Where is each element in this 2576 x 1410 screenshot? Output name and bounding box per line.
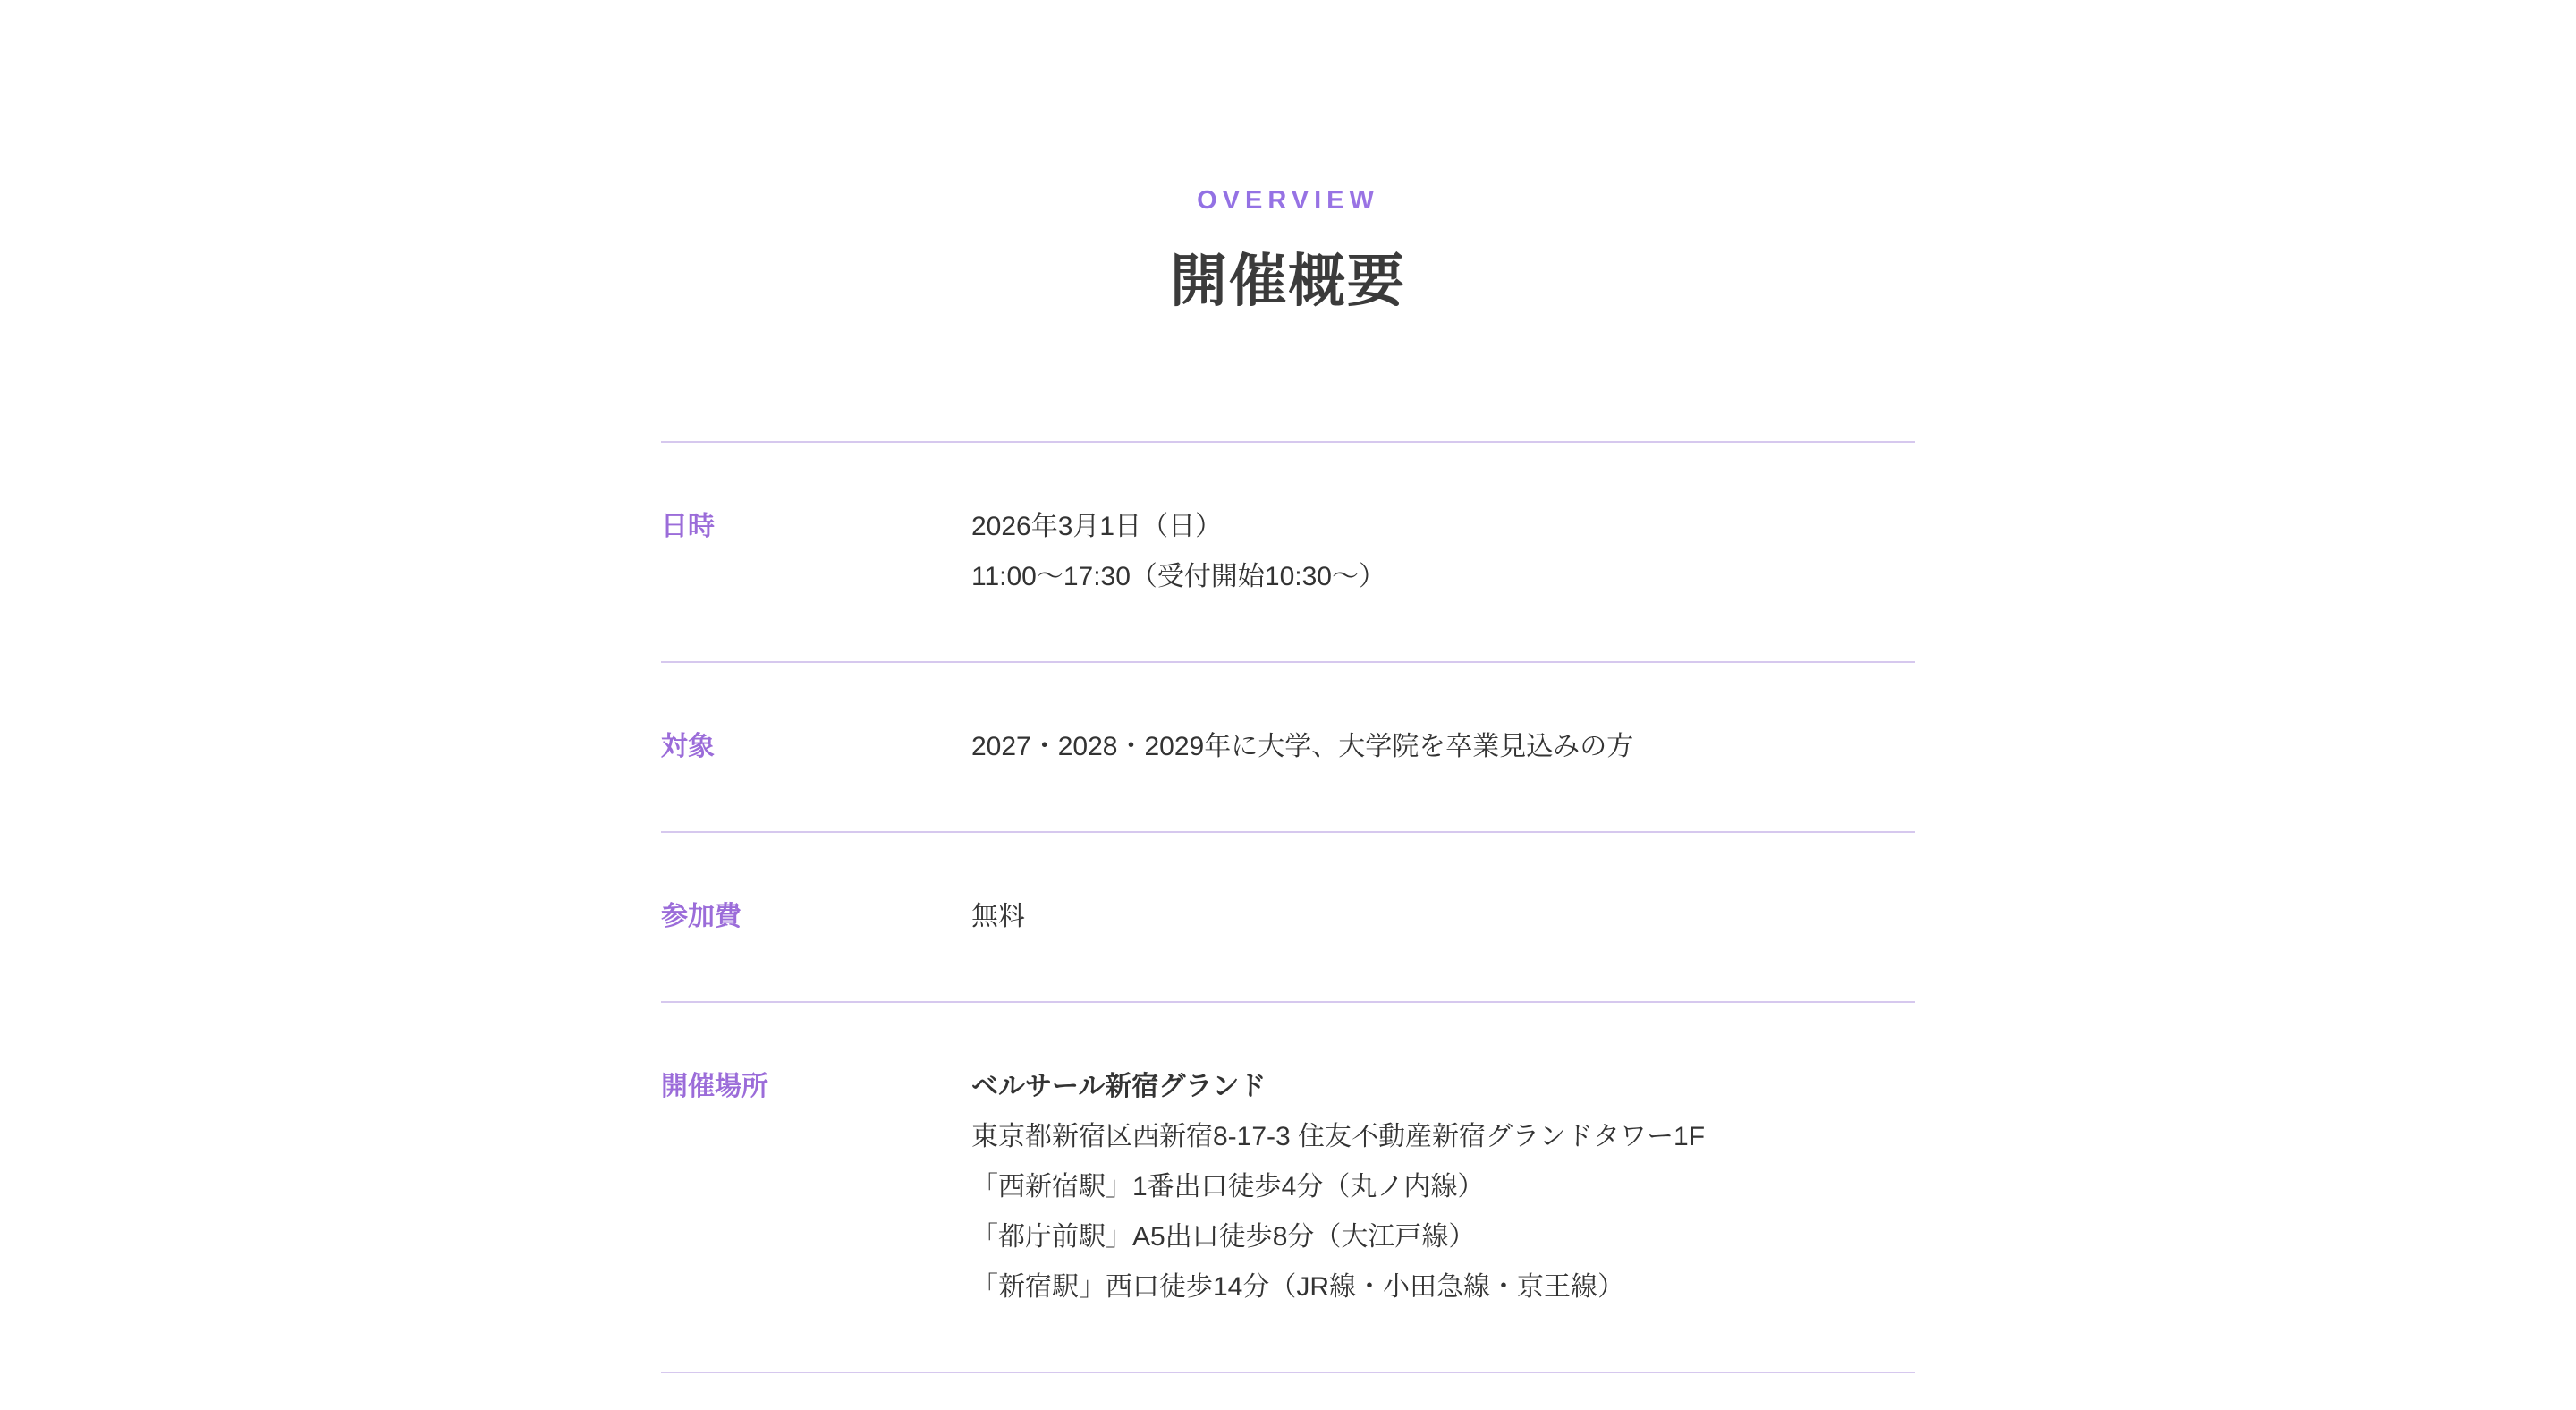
- overview-section: OVERVIEW 開催概要 日時 2026年3月1日（日） 11:00〜17:3…: [661, 0, 1915, 1373]
- row-value-target: 2027・2028・2029年に大学、大学院を卒業見込みの方: [971, 722, 1915, 772]
- row-label-target: 対象: [661, 722, 971, 772]
- venue-access-line: 「新宿駅」西口徒歩14分（JR線・小田急線・京王線）: [971, 1262, 1915, 1312]
- table-row-datetime: 日時 2026年3月1日（日） 11:00〜17:30（受付開始10:30〜）: [661, 441, 1915, 661]
- table-row-fee: 参加費 無料: [661, 831, 1915, 1001]
- value-line: 2026年3月1日（日）: [971, 502, 1915, 552]
- row-value-datetime: 2026年3月1日（日） 11:00〜17:30（受付開始10:30〜）: [971, 502, 1915, 602]
- table-row-target: 対象 2027・2028・2029年に大学、大学院を卒業見込みの方: [661, 661, 1915, 831]
- venue-address: 東京都新宿区西新宿8-17-3 住友不動産新宿グランドタワー1F: [971, 1112, 1915, 1162]
- row-label-fee: 参加費: [661, 892, 971, 942]
- row-label-datetime: 日時: [661, 502, 971, 602]
- section-eyebrow: OVERVIEW: [661, 183, 1915, 218]
- value-line: 無料: [971, 892, 1915, 942]
- row-value-venue: ベルサール新宿グランド 東京都新宿区西新宿8-17-3 住友不動産新宿グランドタ…: [971, 1062, 1915, 1312]
- venue-access-line: 「都庁前駅」A5出口徒歩8分（大江戸線）: [971, 1212, 1915, 1262]
- venue-name: ベルサール新宿グランド: [971, 1062, 1915, 1112]
- value-line: 11:00〜17:30（受付開始10:30〜）: [971, 552, 1915, 602]
- table-row-venue: 開催場所 ベルサール新宿グランド 東京都新宿区西新宿8-17-3 住友不動産新宿…: [661, 1001, 1915, 1373]
- row-value-fee: 無料: [971, 892, 1915, 942]
- value-line: 2027・2028・2029年に大学、大学院を卒業見込みの方: [971, 722, 1915, 772]
- page-title: 開催概要: [661, 249, 1915, 313]
- overview-page: OVERVIEW 開催概要 日時 2026年3月1日（日） 11:00〜17:3…: [0, 0, 2576, 1410]
- venue-access-line: 「西新宿駅」1番出口徒歩4分（丸ノ内線）: [971, 1162, 1915, 1212]
- row-label-venue: 開催場所: [661, 1062, 971, 1312]
- overview-table: 日時 2026年3月1日（日） 11:00〜17:30（受付開始10:30〜） …: [661, 441, 1915, 1373]
